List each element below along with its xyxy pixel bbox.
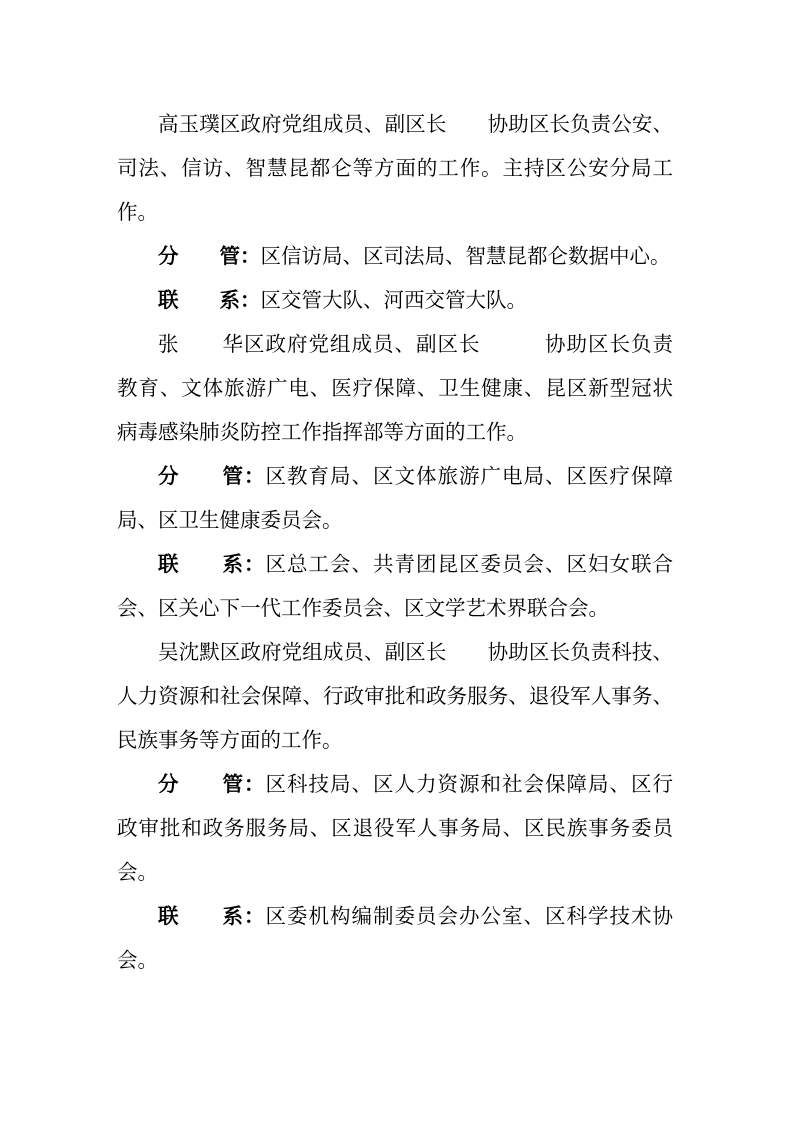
field-label-lianxi: 联 系：	[158, 289, 261, 312]
text-line: 病毒感染肺炎防控工作指挥部等方面的工作。	[117, 411, 673, 455]
text-line: 局、区卫生健康委员会。	[117, 499, 673, 543]
text-line: 政审批和政务服务局、区退役军人事务局、区民族事务委员	[117, 807, 673, 851]
field-label-lianxi: 联 系：	[158, 905, 266, 928]
paragraph-lianxi-gao: 联 系：区交管大队、河西交管大队。	[117, 279, 673, 323]
paragraph-fenguan-gao: 分 管：区信访局、区司法局、智慧昆都仑数据中心。	[117, 235, 673, 279]
field-value: 区科技局、区人力资源和社会保障局、区行	[266, 773, 674, 796]
field-value: 区总工会、共青团昆区委员会、区妇女联合	[266, 553, 674, 576]
text-line: 联 系：区交管大队、河西交管大队。	[117, 279, 673, 323]
paragraph-official-gao-yupu: 高玉璞区政府党组成员、副区长 协助区长负责公安、 司法、信访、智慧昆都仑等方面的…	[117, 103, 673, 235]
field-label-fenguan: 分 管：	[158, 773, 266, 796]
text-line: 联 系：区总工会、共青团昆区委员会、区妇女联合	[117, 543, 673, 587]
text-line: 司法、信访、智慧昆都仑等方面的工作。主持区公安分局工	[117, 147, 673, 191]
text-line: 高玉璞区政府党组成员、副区长 协助区长负责公安、	[117, 103, 673, 147]
field-label-lianxi: 联 系：	[158, 553, 266, 576]
text-line: 分 管：区教育局、区文体旅游广电局、区医疗保障	[117, 455, 673, 499]
paragraph-official-wu-shenmo: 吴沈默区政府党组成员、副区长 协助区长负责科技、 人力资源和社会保障、行政审批和…	[117, 631, 673, 763]
field-value: 区委机构编制委员会办公室、区科学技术协	[266, 905, 674, 928]
text-line: 会。	[117, 939, 673, 983]
field-value: 区交管大队、河西交管大队。	[261, 289, 528, 312]
text-line: 张 华区政府党组成员、副区长 协助区长负责	[117, 323, 673, 367]
field-value: 区信访局、区司法局、智慧昆都仑数据中心。	[261, 245, 671, 268]
paragraph-official-zhang-hua: 张 华区政府党组成员、副区长 协助区长负责 教育、文体旅游广电、医疗保障、卫生健…	[117, 323, 673, 455]
field-value: 区教育局、区文体旅游广电局、区医疗保障	[266, 465, 674, 488]
field-label-fenguan: 分 管：	[158, 245, 261, 268]
paragraph-fenguan-wu: 分 管：区科技局、区人力资源和社会保障局、区行 政审批和政务服务局、区退役军人事…	[117, 763, 673, 895]
text-line: 教育、文体旅游广电、医疗保障、卫生健康、昆区新型冠状	[117, 367, 673, 411]
document-body: 高玉璞区政府党组成员、副区长 协助区长负责公安、 司法、信访、智慧昆都仑等方面的…	[117, 103, 673, 983]
text-line: 会。	[117, 851, 673, 895]
text-line: 会、区关心下一代工作委员会、区文学艺术界联合会。	[117, 587, 673, 631]
paragraph-fenguan-zhang: 分 管：区教育局、区文体旅游广电局、区医疗保障 局、区卫生健康委员会。	[117, 455, 673, 543]
text-line: 分 管：区信访局、区司法局、智慧昆都仑数据中心。	[117, 235, 673, 279]
text-line: 吴沈默区政府党组成员、副区长 协助区长负责科技、	[117, 631, 673, 675]
text-line: 分 管：区科技局、区人力资源和社会保障局、区行	[117, 763, 673, 807]
paragraph-lianxi-wu: 联 系：区委机构编制委员会办公室、区科学技术协 会。	[117, 895, 673, 983]
document-page: 高玉璞区政府党组成员、副区长 协助区长负责公安、 司法、信访、智慧昆都仑等方面的…	[0, 0, 793, 1122]
field-label-fenguan: 分 管：	[158, 465, 266, 488]
text-line: 民族事务等方面的工作。	[117, 719, 673, 763]
text-line: 人力资源和社会保障、行政审批和政务服务、退役军人事务、	[117, 675, 673, 719]
text-line: 联 系：区委机构编制委员会办公室、区科学技术协	[117, 895, 673, 939]
paragraph-lianxi-zhang: 联 系：区总工会、共青团昆区委员会、区妇女联合 会、区关心下一代工作委员会、区文…	[117, 543, 673, 631]
text-line: 作。	[117, 191, 673, 235]
